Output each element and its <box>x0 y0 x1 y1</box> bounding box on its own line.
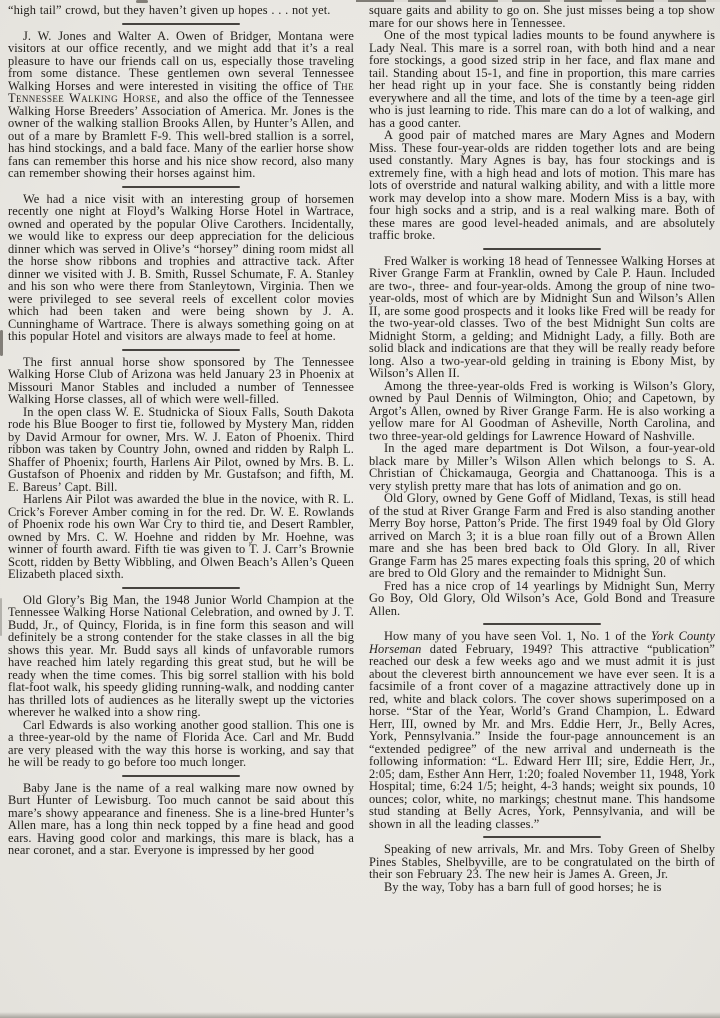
scan-smudge-artifact <box>136 0 148 3</box>
section-divider <box>122 186 240 188</box>
section-divider <box>122 23 240 25</box>
paragraph: Fred has a nice crop of 14 yearlings by … <box>369 580 715 618</box>
paragraph: In the open class W. E. Studnicka of Sio… <box>8 406 354 494</box>
paragraph: How many of you have seen Vol. 1, No. 1 … <box>369 630 715 830</box>
paragraph-text: , and also the office of the Tennessee W… <box>8 91 354 180</box>
section-divider <box>483 836 601 838</box>
section-divider <box>483 248 601 250</box>
magazine-page: “high tail” crowd, but they haven’t give… <box>0 0 720 1018</box>
section-divider <box>122 349 240 351</box>
paragraph: “high tail” crowd, but they haven’t give… <box>8 4 354 17</box>
paragraph: Harlens Air Pilot was awarded the blue i… <box>8 493 354 581</box>
paragraph-text: J. W. Jones and Walter A. Owen of Bridge… <box>8 29 354 93</box>
paragraph: Speaking of new arrivals, Mr. and Mrs. T… <box>369 843 715 881</box>
scan-smudge-artifact <box>0 598 2 636</box>
paragraph: Baby Jane is the name of a real walking … <box>8 782 354 857</box>
section-divider <box>483 623 601 625</box>
section-divider <box>122 587 240 589</box>
paragraph: A good pair of matched mares are Mary Ag… <box>369 129 715 242</box>
section-divider <box>122 775 240 777</box>
right-column: square gaits and ability to go on. She j… <box>369 4 715 893</box>
paragraph: The first annual horse show sponsored by… <box>8 356 354 406</box>
paragraph: square gaits and ability to go on. She j… <box>369 4 715 29</box>
paragraph: In the aged mare department is Dot Wilso… <box>369 442 715 492</box>
scan-edge-shadow <box>0 1012 720 1018</box>
left-column: “high tail” crowd, but they haven’t give… <box>8 4 354 857</box>
paragraph: Old Glory, owned by Gene Goff of Midland… <box>369 492 715 580</box>
paragraph-text: dated February, 1949? This attractive “p… <box>369 642 715 831</box>
paragraph: We had a nice visit with an interesting … <box>8 193 354 343</box>
scan-edge-artifact <box>356 0 720 2</box>
scan-smudge-artifact <box>0 330 3 356</box>
paragraph: Old Glory’s Big Man, the 1948 Junior Wor… <box>8 594 354 719</box>
paragraph: Carl Edwards is also working another goo… <box>8 719 354 769</box>
paragraph: One of the most typical ladies mounts to… <box>369 29 715 129</box>
paragraph: Among the three-year-olds Fred is workin… <box>369 380 715 443</box>
paragraph: J. W. Jones and Walter A. Owen of Bridge… <box>8 30 354 180</box>
paragraph: Fred Walker is working 18 head of Tennes… <box>369 255 715 380</box>
paragraph: By the way, Toby has a barn full of good… <box>369 881 715 894</box>
